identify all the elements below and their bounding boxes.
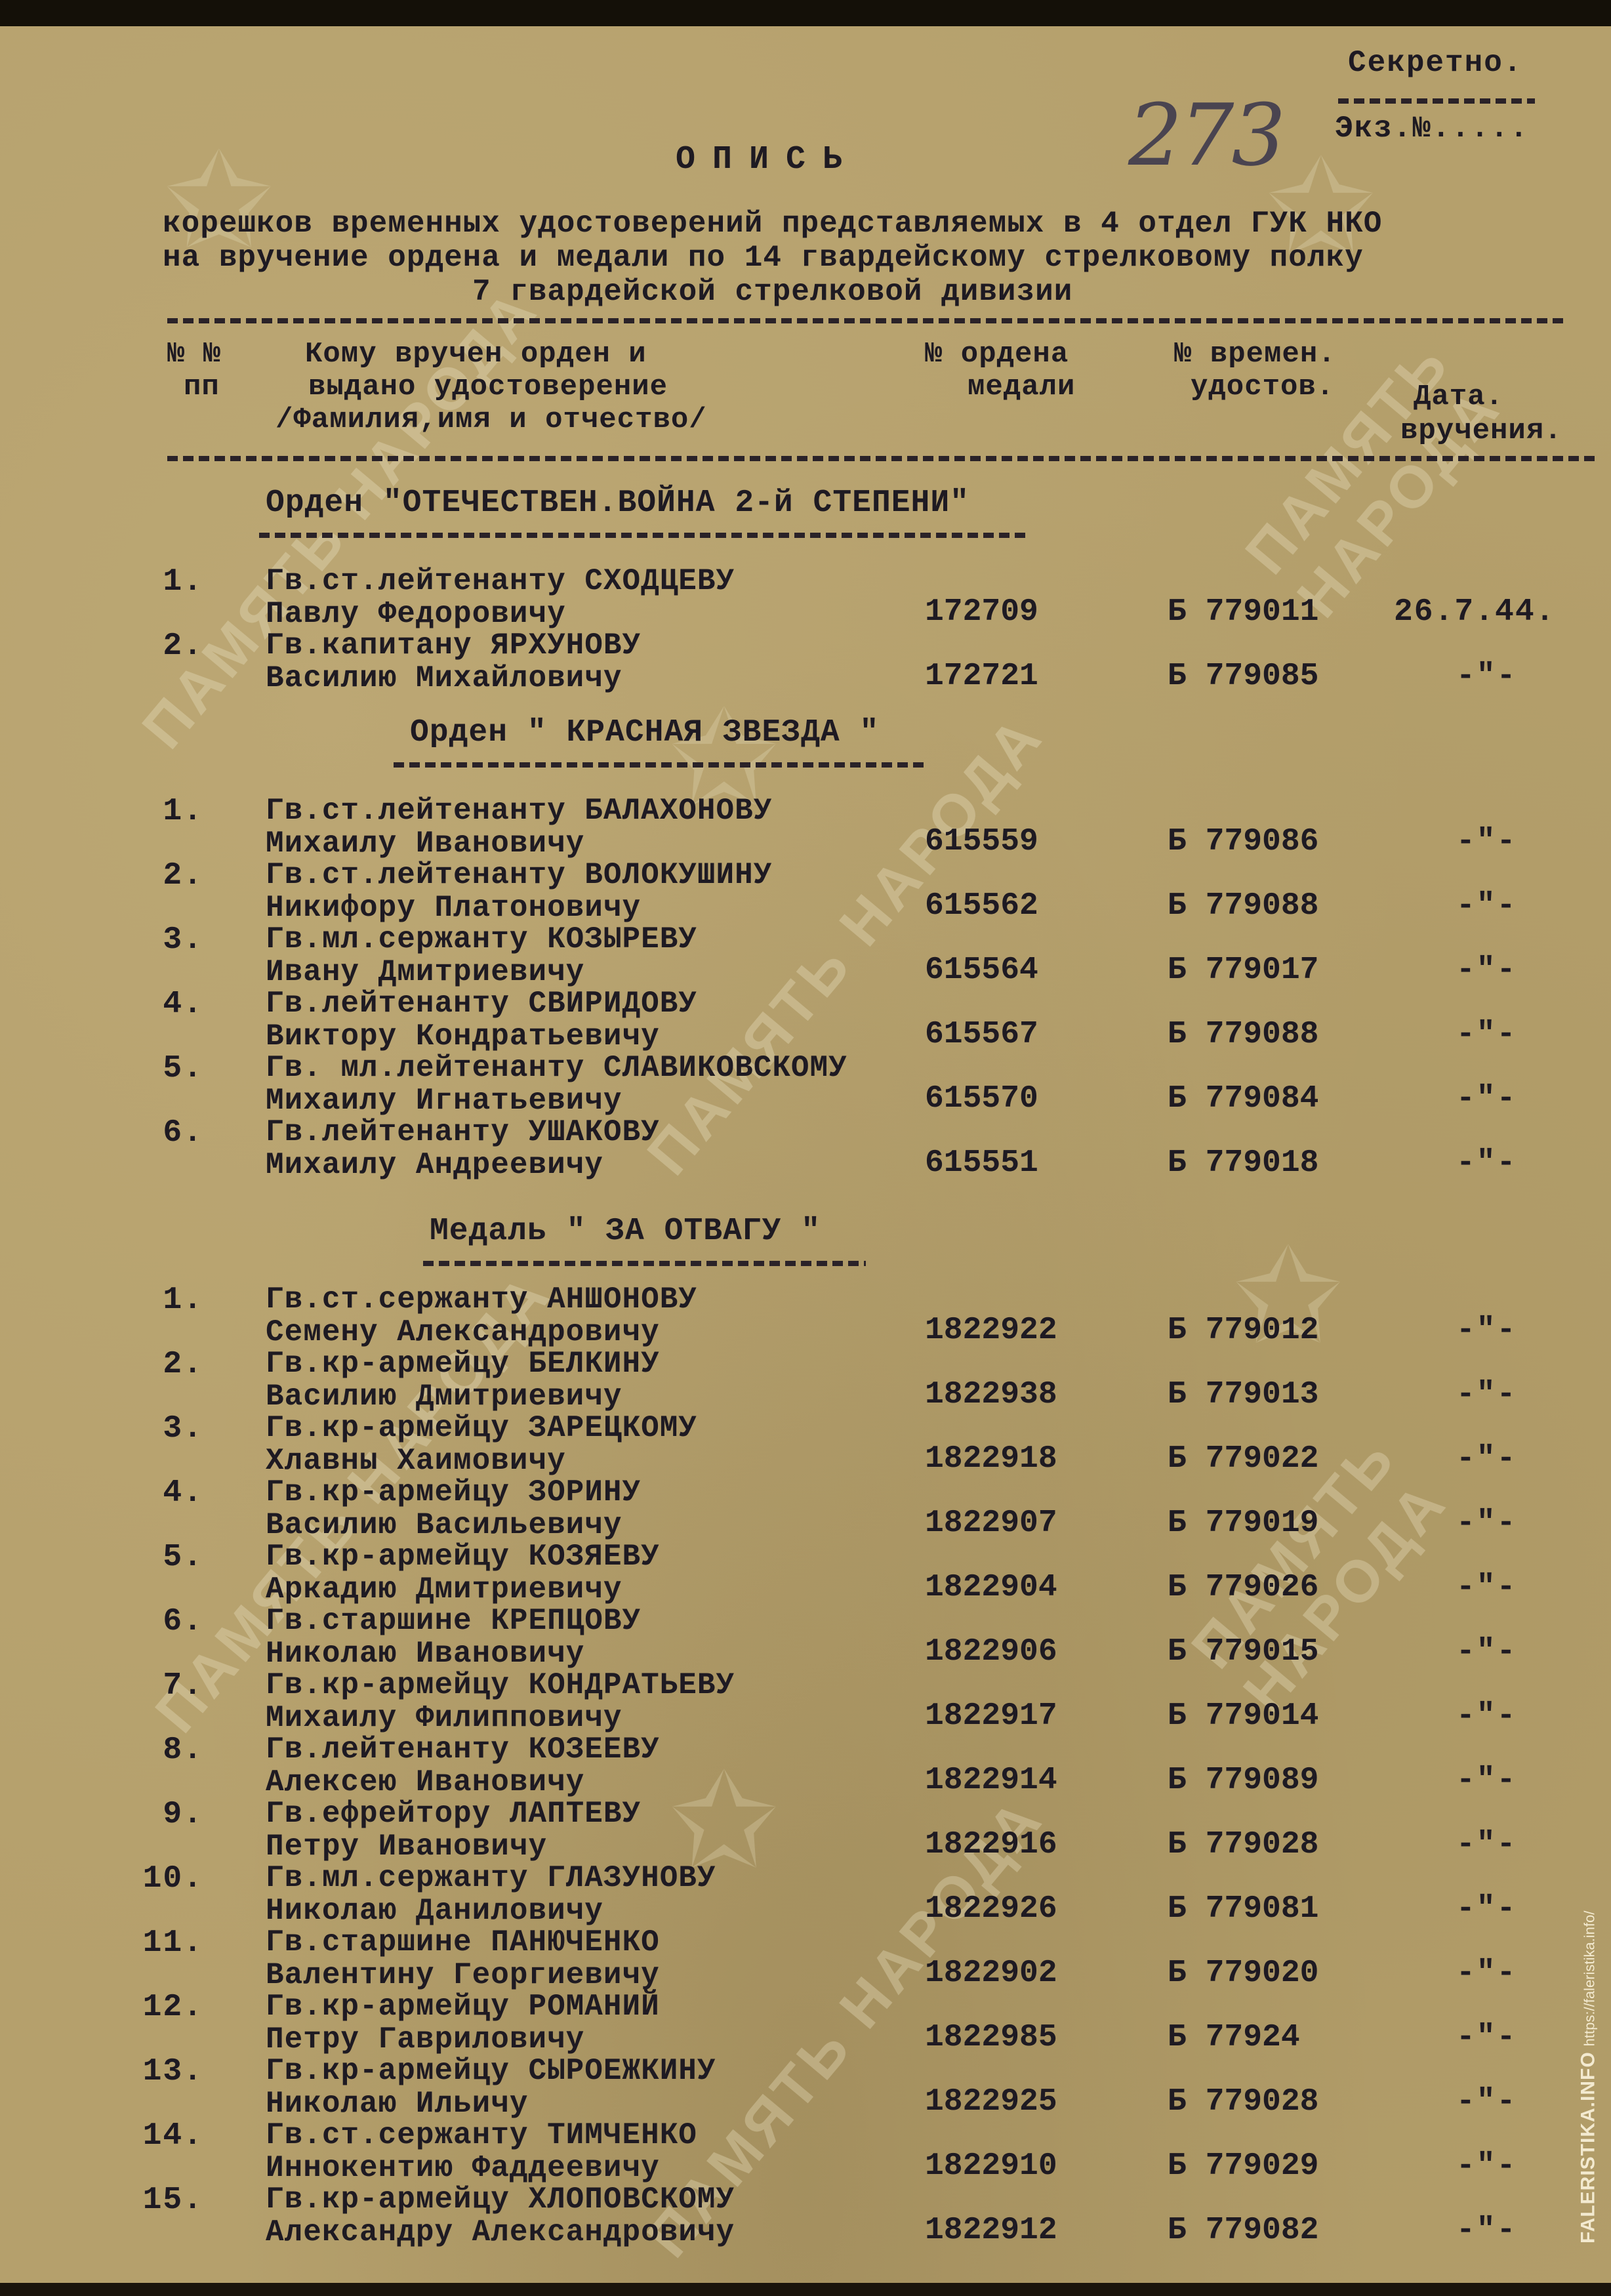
row-number: 8. [131, 1732, 203, 1768]
recipient-given-names: Василию Михайловичу [266, 661, 622, 695]
order-number: 615564 [925, 953, 1038, 988]
document-page: ✩ ✩ ✩ ✩ ✩ ПАМЯТЬ НАРОДА ПАМЯТЬ НАРОДА ПА… [0, 26, 1611, 2283]
recipient-given-names: Михаилу Ивановичу [266, 827, 584, 861]
award-date: -"- [1456, 1827, 1517, 1862]
recipient-given-names: Алексею Ивановичу [266, 1765, 584, 1799]
recipient-rank-surname: Гв.старшине КРЕПЦОВУ [266, 1604, 641, 1638]
order-number: 615559 [925, 824, 1038, 859]
award-date: -"- [1456, 1377, 1517, 1412]
certificate-number: Б 77924 [1168, 2020, 1300, 2055]
certificate-number: Б 779020 [1168, 1956, 1318, 1991]
col-order-header: медали [968, 371, 1075, 403]
recipient-rank-surname: Гв.ст.лейтенанту СХОДЦЕВУ [266, 564, 735, 598]
award-date: -"- [1456, 1956, 1517, 1991]
certificate-number: Б 779028 [1168, 1827, 1318, 1862]
row-number: 13. [131, 2054, 203, 2089]
row-number: 14. [131, 2118, 203, 2154]
certificate-number: Б 779013 [1168, 1377, 1318, 1412]
col-recipient-header: /Фамилия,имя и отчество/ [275, 403, 707, 436]
row-number: 2. [131, 628, 203, 664]
certificate-number: Б 779018 [1168, 1145, 1318, 1181]
order-number: 1822922 [925, 1313, 1057, 1348]
recipient-given-names: Иннокентию Фаддеевичу [266, 2151, 660, 2185]
row-number: 4. [131, 1475, 203, 1511]
recipient-given-names: Никифору Платоновичу [266, 891, 641, 925]
copy-number-label: Экз.№..... [1335, 112, 1529, 146]
col-date-header: Дата. [1414, 380, 1503, 413]
recipient-rank-surname: Гв.ст.сержанту АНШОНОВУ [266, 1282, 697, 1317]
site-brand: FALERISTIKA.INFO [1577, 2051, 1599, 2244]
recipient-rank-surname: Гв.лейтенанту КОЗЕЕВУ [266, 1732, 660, 1767]
order-number: 615562 [925, 888, 1038, 924]
award-date: -"- [1456, 888, 1517, 924]
recipient-rank-surname: Гв.ст.сержанту ТИМЧЕНКО [266, 2118, 697, 2152]
order-number: 1822912 [925, 2213, 1057, 2248]
divider [167, 318, 1568, 323]
row-number: 3. [131, 922, 203, 958]
recipient-rank-surname: Гв.кр-армейцу КОНДРАТЬЕВУ [266, 1668, 735, 1702]
certificate-number: Б 779029 [1168, 2148, 1318, 2184]
award-date: -"- [1456, 1081, 1517, 1117]
row-number: 3. [131, 1411, 203, 1446]
certificate-number: Б 779085 [1168, 659, 1318, 694]
recipient-given-names: Михаилу Игнатьевичу [266, 1084, 622, 1118]
recipient-rank-surname: Гв.ст.лейтенанту БАЛАХОНОВУ [266, 794, 772, 828]
award-date: -"- [1456, 659, 1517, 694]
col-cert-header: № времен. [1174, 338, 1336, 371]
recipient-given-names: Павлу Федоровичу [266, 597, 566, 631]
recipient-rank-surname: Гв.мл.сержанту КОЗЫРЕВУ [266, 922, 697, 956]
row-number: 9. [131, 1797, 203, 1832]
divider [1338, 98, 1535, 104]
classification-label: Секретно. [1348, 46, 1522, 80]
recipient-rank-surname: Гв.лейтенанту УШАКОВУ [266, 1115, 660, 1149]
row-number: 15. [131, 2183, 203, 2218]
award-date: -"- [1456, 1570, 1517, 1605]
handwritten-page-number: 273 [1128, 85, 1283, 185]
certificate-number: Б 779015 [1168, 1634, 1318, 1670]
document-title: ОПИСЬ [676, 141, 859, 178]
order-number: 615567 [925, 1017, 1038, 1052]
section-title: Орден " КРАСНАЯ ЗВЕЗДА " [410, 715, 879, 750]
order-number: 1822917 [925, 1698, 1057, 1734]
order-number: 1822910 [925, 2148, 1057, 2184]
row-number: 5. [131, 1051, 203, 1086]
row-number: 11. [131, 1925, 203, 1961]
divider [167, 456, 1597, 461]
recipient-given-names: Михаилу Андреевичу [266, 1148, 603, 1182]
certificate-number: Б 779012 [1168, 1313, 1318, 1348]
row-number: 6. [131, 1604, 203, 1639]
certificate-number: Б 779084 [1168, 1081, 1318, 1117]
order-number: 1822914 [925, 1763, 1057, 1798]
certificate-number: Б 779022 [1168, 1441, 1318, 1477]
certificate-number: Б 779019 [1168, 1506, 1318, 1541]
recipient-given-names: Александру Александровичу [266, 2215, 735, 2249]
subtitle-line: на вручение ордена и медали по 14 гварде… [163, 241, 1364, 275]
award-date: -"- [1456, 1017, 1517, 1052]
row-number: 6. [131, 1115, 203, 1151]
col-recipient-header: Кому вручен орден и [305, 338, 647, 371]
order-number: 615570 [925, 1081, 1038, 1117]
award-date: -"- [1456, 2213, 1517, 2248]
certificate-number: Б 779081 [1168, 1891, 1318, 1927]
row-number: 4. [131, 987, 203, 1022]
certificate-number: Б 779088 [1168, 1017, 1318, 1052]
recipient-given-names: Петру Гавриловичу [266, 2022, 584, 2057]
recipient-rank-surname: Гв.лейтенанту СВИРИДОВУ [266, 987, 697, 1021]
award-date: -"- [1456, 1506, 1517, 1541]
row-number: 12. [131, 1990, 203, 2025]
recipient-rank-surname: Гв.старшине ПАНЮЧЕНКО [266, 1925, 660, 1959]
award-date: -"- [1456, 824, 1517, 859]
order-number: 172709 [925, 594, 1038, 630]
recipient-given-names: Михаилу Филипповичу [266, 1701, 622, 1735]
order-number: 172721 [925, 659, 1038, 694]
award-date: -"- [1456, 1634, 1517, 1670]
recipient-rank-surname: Гв.ефрейтору ЛАПТЕВУ [266, 1797, 641, 1831]
row-number: 2. [131, 1347, 203, 1382]
row-number: 5. [131, 1540, 203, 1575]
certificate-number: Б 779086 [1168, 824, 1318, 859]
award-date: -"- [1456, 1441, 1517, 1477]
certificate-number: Б 779028 [1168, 2084, 1318, 2120]
award-date: -"- [1456, 1145, 1517, 1181]
recipient-rank-surname: Гв.кр-армейцу РОМАНИЙ [266, 1990, 660, 2024]
certificate-number: Б 779082 [1168, 2213, 1318, 2248]
col-num-header: № № [167, 338, 221, 371]
site-watermark: FALERISTIKA.INFOhttps://faleristika.info… [1577, 1911, 1599, 2244]
certificate-number: Б 779017 [1168, 953, 1318, 988]
order-number: 1822902 [925, 1956, 1057, 1991]
certificate-number: Б 779026 [1168, 1570, 1318, 1605]
row-number: 2. [131, 858, 203, 893]
recipient-given-names: Семену Александровичу [266, 1315, 660, 1349]
recipient-given-names: Василию Дмитриевичу [266, 1380, 622, 1414]
col-recipient-header: выдано удостоверение [308, 371, 668, 403]
certificate-number: Б 779014 [1168, 1698, 1318, 1734]
recipient-given-names: Николаю Ивановичу [266, 1637, 584, 1671]
row-number: 1. [131, 1282, 203, 1318]
order-number: 1822938 [925, 1377, 1057, 1412]
recipient-rank-surname: Гв.кр-армейцу ЗАРЕЦКОМУ [266, 1411, 697, 1445]
recipient-given-names: Петру Ивановичу [266, 1830, 547, 1864]
recipient-rank-surname: Гв.кр-армейцу КОЗЯЕВУ [266, 1540, 660, 1574]
order-number: 1822925 [925, 2084, 1057, 2120]
section-underline [394, 762, 925, 768]
recipient-rank-surname: Гв.мл.сержанту ГЛАЗУНОВУ [266, 1861, 716, 1895]
recipient-rank-surname: Гв. мл.лейтенанту СЛАВИКОВСКОМУ [266, 1051, 847, 1085]
order-number: 1822907 [925, 1506, 1057, 1541]
recipient-rank-surname: Гв.кр-армейцу СЫРОЕЖКИНУ [266, 2054, 716, 2088]
row-number: 1. [131, 564, 203, 600]
order-number: 1822906 [925, 1634, 1057, 1670]
order-number: 1822918 [925, 1441, 1057, 1477]
recipient-given-names: Валентину Георгиевичу [266, 1958, 660, 1992]
section-underline [259, 533, 1027, 538]
award-date: 26.7.44. [1394, 594, 1555, 630]
order-number: 1822916 [925, 1827, 1057, 1862]
award-date: -"- [1456, 1313, 1517, 1348]
section-underline [423, 1261, 866, 1266]
col-date-header: вручения. [1400, 415, 1562, 447]
col-order-header: № ордена [925, 338, 1069, 371]
order-number: 615551 [925, 1145, 1038, 1181]
recipient-given-names: Николаю Ильичу [266, 2087, 528, 2121]
order-number: 1822904 [925, 1570, 1057, 1605]
recipient-rank-surname: Гв.кр-армейцу ЗОРИНУ [266, 1475, 641, 1509]
row-number: 7. [131, 1668, 203, 1704]
recipient-rank-surname: Гв.кр-армейцу ХЛОПОВСКОМУ [266, 2183, 735, 2217]
recipient-given-names: Аркадию Дмитриевичу [266, 1572, 622, 1607]
col-cert-header: удостов. [1191, 371, 1334, 403]
award-date: -"- [1456, 1698, 1517, 1734]
recipient-rank-surname: Гв.кр-армейцу БЕЛКИНУ [266, 1347, 660, 1381]
subtitle-line: 7 гвардейской стрелковой дивизии [472, 275, 1072, 309]
star-watermark-icon: ✩ [1233, 1220, 1343, 1373]
row-number: 10. [131, 1861, 203, 1896]
award-date: -"- [1456, 953, 1517, 988]
recipient-given-names: Ивану Дмитриевичу [266, 955, 584, 989]
certificate-number: Б 779088 [1168, 888, 1318, 924]
col-num-header: пп [184, 371, 220, 403]
recipient-rank-surname: Гв.капитану ЯРХУНОВУ [266, 628, 641, 663]
site-url: https://faleristika.info/ [1581, 1911, 1597, 2047]
award-date: -"- [1456, 1763, 1517, 1798]
row-number: 1. [131, 794, 203, 829]
subtitle-line: корешков временных удостоверений предста… [163, 207, 1382, 241]
recipient-given-names: Хлавны Хаимовичу [266, 1444, 566, 1478]
award-date: -"- [1456, 1891, 1517, 1927]
recipient-given-names: Николаю Даниловичу [266, 1894, 603, 1928]
certificate-number: Б 779089 [1168, 1763, 1318, 1798]
order-number: 1822985 [925, 2020, 1057, 2055]
certificate-number: Б 779011 [1168, 594, 1318, 630]
order-number: 1822926 [925, 1891, 1057, 1927]
section-title: Медаль " ЗА ОТВАГУ " [430, 1214, 821, 1249]
recipient-given-names: Василию Васильевичу [266, 1508, 622, 1542]
recipient-rank-surname: Гв.ст.лейтенанту ВОЛОКУШИНУ [266, 858, 772, 892]
award-date: -"- [1456, 2148, 1517, 2184]
award-date: -"- [1456, 2084, 1517, 2120]
section-title: Орден "ОТЕЧЕСТВЕН.ВОЙНА 2-й СТЕПЕНИ" [266, 485, 969, 521]
recipient-given-names: Виктору Кондратьевичу [266, 1019, 660, 1054]
award-date: -"- [1456, 2020, 1517, 2055]
